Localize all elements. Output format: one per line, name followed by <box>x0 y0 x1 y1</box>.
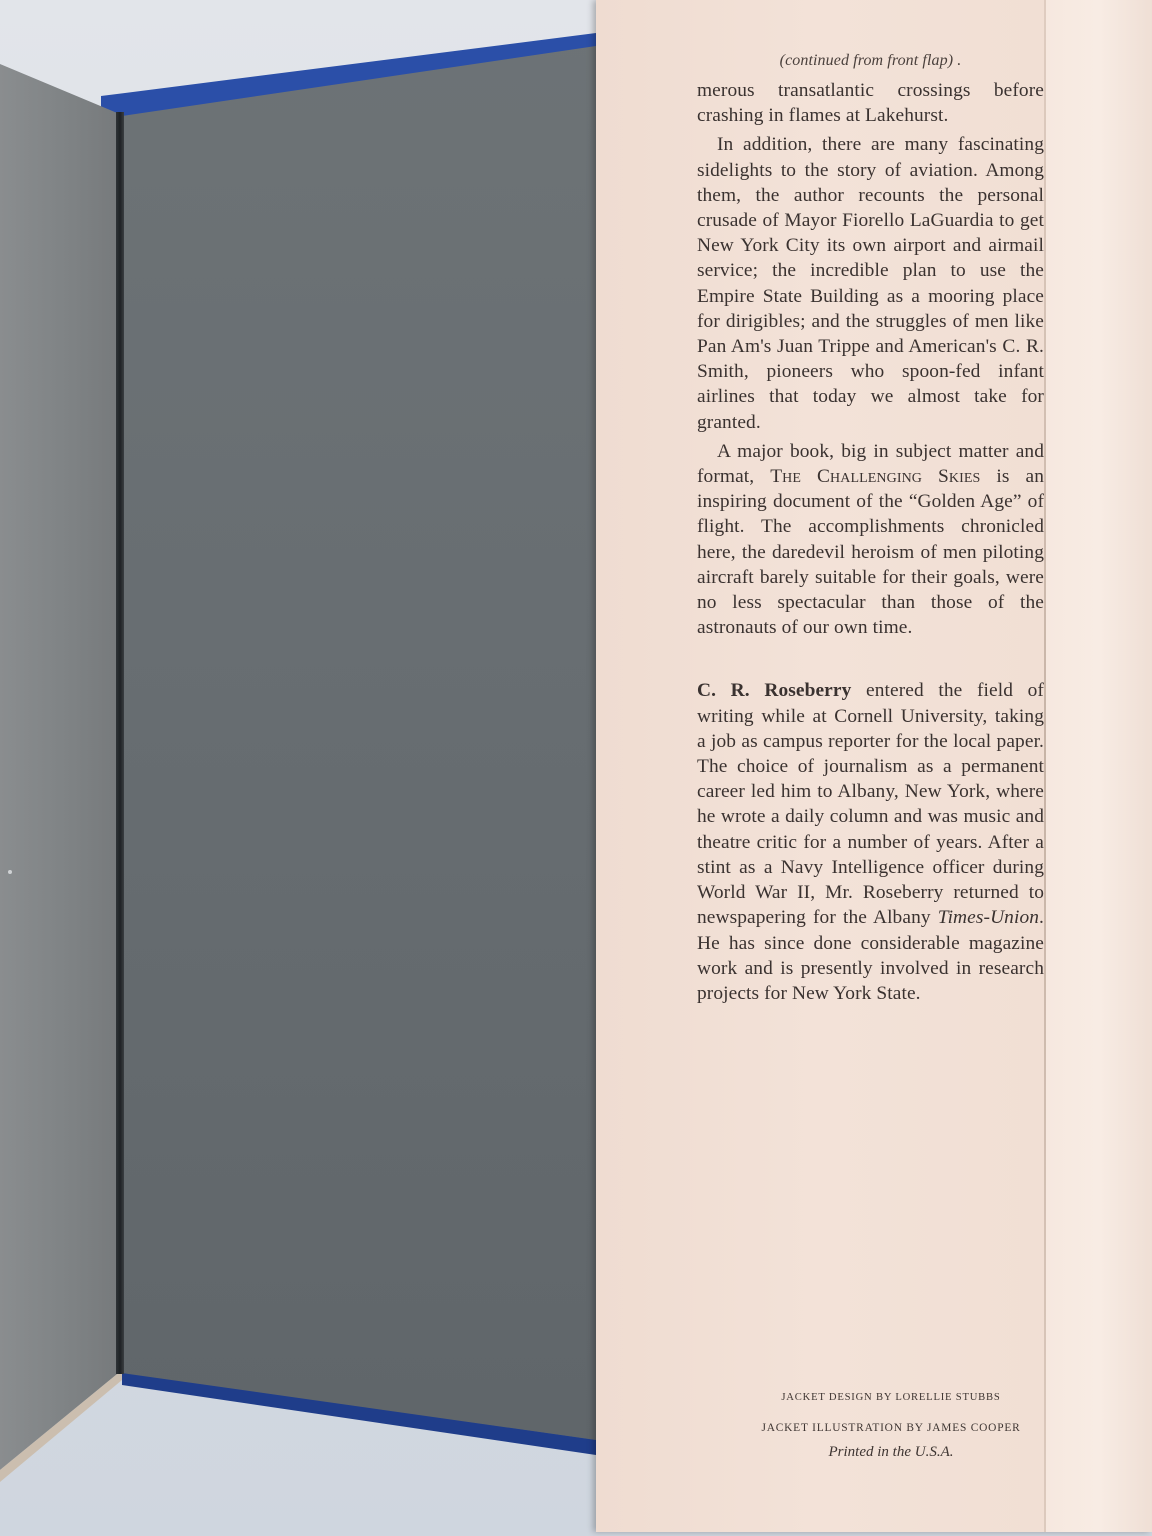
book-title: The Challenging Skies <box>770 466 980 487</box>
flap-paragraph: In addition, there are many fascinating … <box>697 132 1044 434</box>
flap-copy: (continued from front flap) . merous tra… <box>697 50 1044 1010</box>
illustration-credit: Jacket illustration by James Cooper <box>726 1420 1056 1436</box>
author-name: C. R. Roseberry <box>697 680 851 701</box>
bio-text: entered the field of writing while at Co… <box>697 680 1044 928</box>
jacket-fold-panel <box>1046 0 1152 1532</box>
jacket-fold-line <box>1044 0 1046 1532</box>
free-endpaper <box>0 0 122 1536</box>
jacket-credits: Jacket design by Lorellie Stubbs Jacket … <box>726 1390 1056 1461</box>
gutter-hinge <box>116 112 124 1374</box>
printed-note: Printed in the U.S.A. <box>726 1444 1056 1461</box>
paragraph-text: is an inspiring document of the “Golden … <box>697 466 1044 638</box>
flap-paragraph: A major book, big in subject matter and … <box>697 439 1044 641</box>
dust-jacket-back-flap: (continued from front flap) . merous tra… <box>596 0 1152 1532</box>
author-bio: C. R. Roseberry entered the field of wri… <box>697 678 1044 1006</box>
newspaper-name: Times-Union <box>938 907 1039 928</box>
page-speck <box>8 870 12 874</box>
continued-note: (continued from front flap) . <box>697 50 1044 72</box>
flap-paragraph: merous transatlantic crossings before cr… <box>697 78 1044 128</box>
design-credit: Jacket design by Lorellie Stubbs <box>726 1390 1056 1406</box>
